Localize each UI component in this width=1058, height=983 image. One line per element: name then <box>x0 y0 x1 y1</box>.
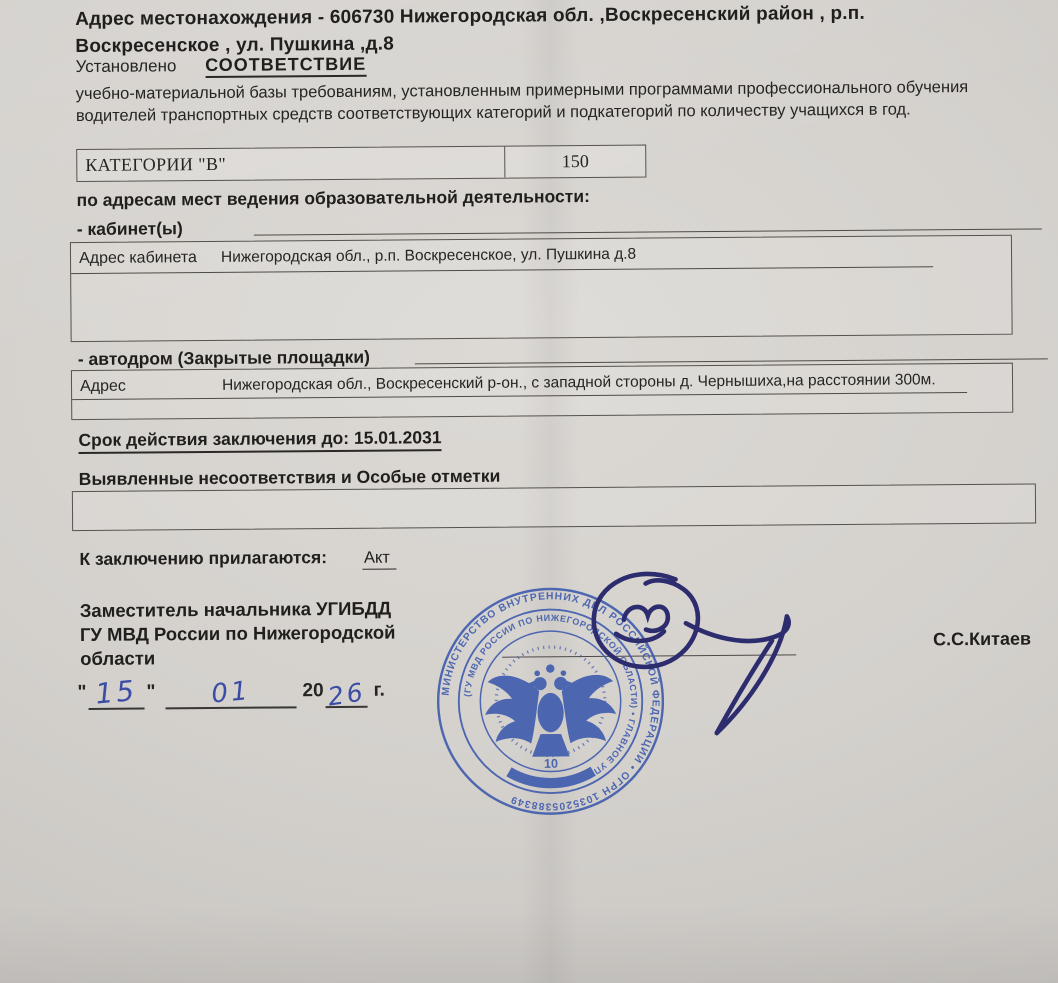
document-sheet: Адрес местонахождения - 606730 Нижегород… <box>0 0 1058 983</box>
date-month-value: 01 <box>210 679 251 707</box>
signer-title-line2: ГУ МВД России по Нижегородской <box>80 620 440 647</box>
cabinet-box: Адрес кабинета Нижегородская обл., р.п. … <box>70 235 1013 342</box>
autodrome-field-row: Адрес Нижегородская обл., Воскресенский … <box>72 364 1012 396</box>
cabinet-address-value: Нижегородская обл., р.п. Воскресенское, … <box>221 246 636 267</box>
established-label: Установлено <box>75 56 176 76</box>
signature-ink <box>557 560 830 752</box>
signer-title: Заместитель начальника УГИБДД ГУ МВД Рос… <box>80 596 441 671</box>
date-day-blank: 15 <box>88 680 144 710</box>
open-quote: " <box>75 682 88 710</box>
discrepancies-box <box>72 484 1036 532</box>
close-quote: " <box>144 681 157 709</box>
capacity-cell: 150 <box>504 146 645 178</box>
attachments-value: Акт <box>362 549 396 570</box>
attachments-label: К заключению прилагаются: <box>79 547 327 569</box>
date-century: 20 <box>296 680 325 708</box>
addresses-heading: по адресам мест ведения образовательной … <box>76 186 589 211</box>
document-content: Адрес местонахождения - 606730 Нижегород… <box>0 0 1058 983</box>
compliance-paragraph: учебно-материальной базы требованиям, ус… <box>76 77 976 127</box>
signer-name: С.С.Китаев <box>933 629 1031 651</box>
validity-line: Срок действия заключения до: 15.01.2031 <box>78 427 441 454</box>
signer-title-line3: области <box>80 644 440 671</box>
stamp-bottom-bar <box>509 771 593 783</box>
date-day-value: 15 <box>94 678 138 708</box>
established-row: Установлено СООТВЕТСТВИЕ <box>75 54 366 77</box>
category-table: КАТЕГОРИИ "В" 150 <box>76 145 646 182</box>
attachments-row: К заключению прилагаются: Акт <box>79 547 396 570</box>
cabinet-field-row: Адрес кабинета Нижегородская обл., р.п. … <box>71 236 1011 268</box>
category-cell: КАТЕГОРИИ "В" <box>77 147 504 181</box>
date-suffix: г. <box>368 680 386 708</box>
autodrome-address-value: Нижегородская обл., Воскресенский р-он.,… <box>222 371 936 395</box>
address-location: Адрес местонахождения - 606730 Нижегород… <box>75 0 955 60</box>
autodrome-box: Адрес Нижегородская обл., Воскресенский … <box>71 363 1013 420</box>
autodrome-address-label: Адрес <box>80 377 222 396</box>
stamp-number: 10 <box>544 757 558 771</box>
signer-title-line1: Заместитель начальника УГИБДД <box>80 596 440 623</box>
established-value: СООТВЕТСТВИЕ <box>205 54 366 78</box>
date-year-blank: 26 <box>326 681 368 708</box>
cabinet-underline <box>71 266 933 274</box>
autodrome-heading: - автодром (Закрытые площадки) <box>78 347 370 370</box>
date-year-value: 26 <box>327 681 368 708</box>
cabinet-address-label: Адрес кабинета <box>79 249 221 268</box>
date-month-blank: 01 <box>165 680 296 709</box>
date-line: " 15 " 01 20 26 г. <box>75 670 385 710</box>
discrepancies-heading: Выявленные несоответствия и Особые отмет… <box>79 466 501 490</box>
cabinet-heading: - кабинет(ы) <box>77 218 183 240</box>
